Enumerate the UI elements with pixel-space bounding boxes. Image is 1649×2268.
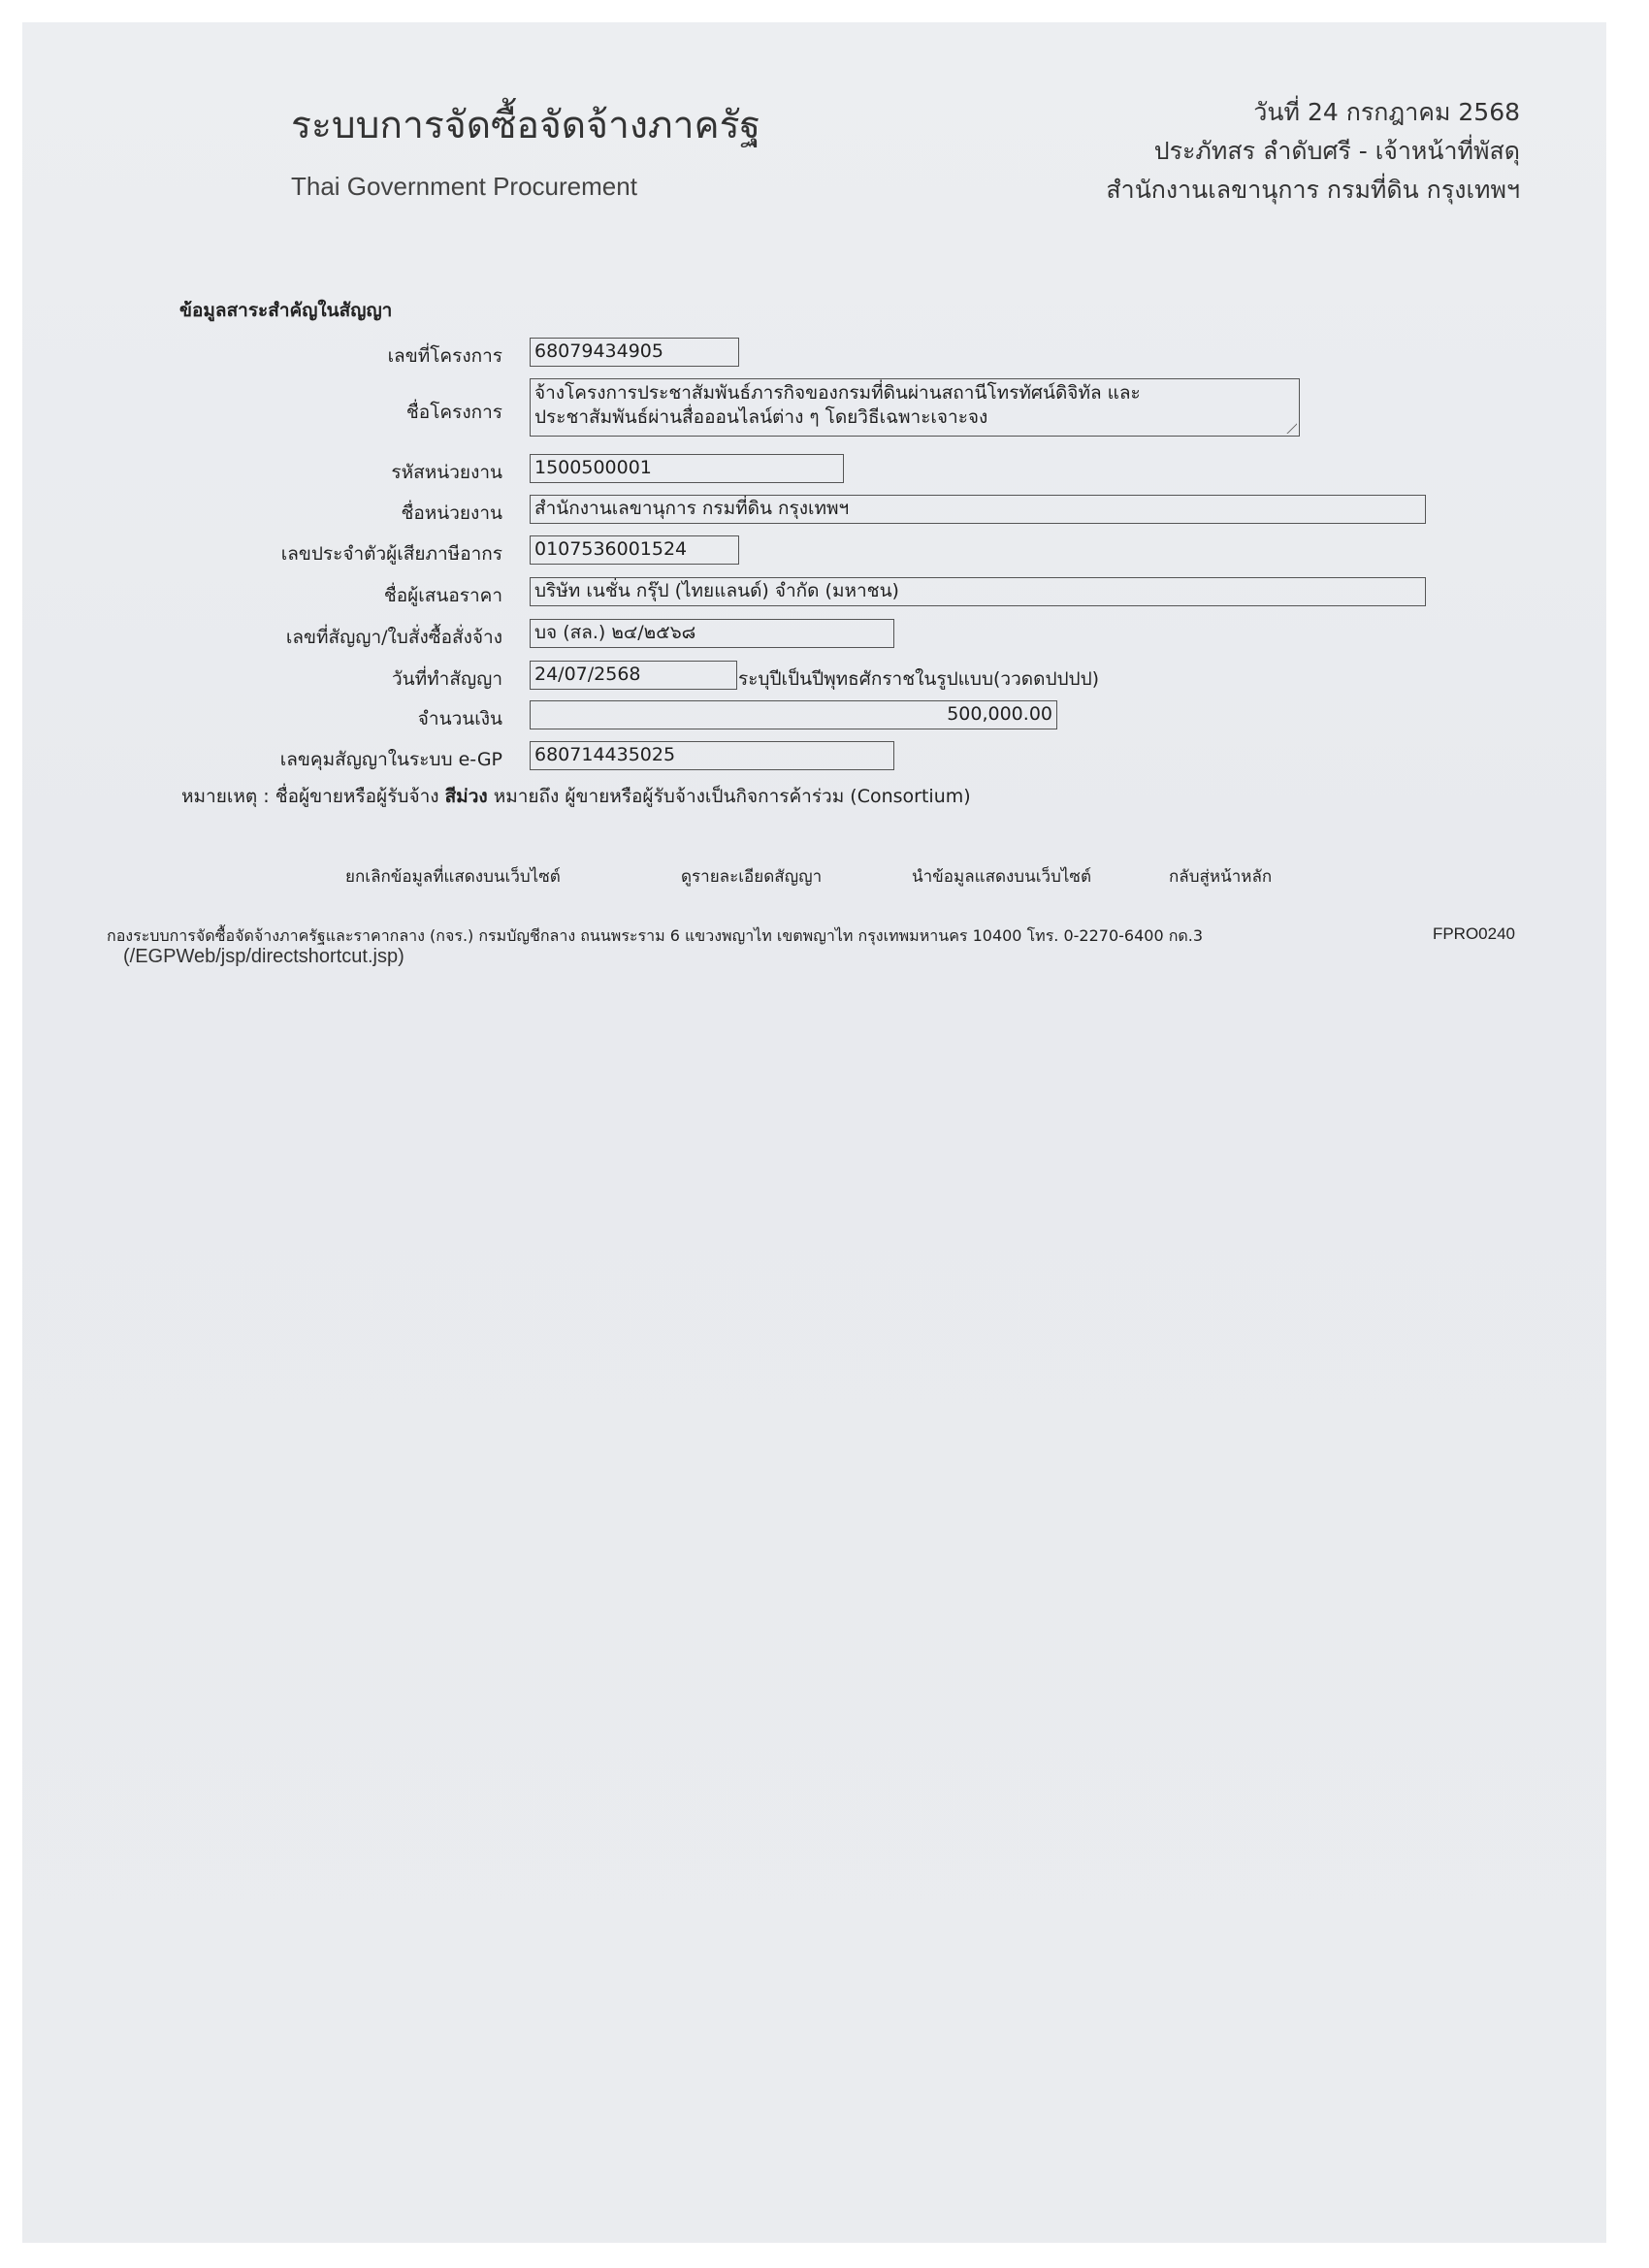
tax-id-field[interactable]: 0107536001524: [530, 535, 739, 565]
project-name-line-1: จ้างโครงการประชาสัมพันธ์ภารกิจของกรมที่ด…: [534, 381, 1295, 405]
agency-name-field[interactable]: สำนักงานเลขานุการ กรมที่ดิน กรุงเทพฯ: [530, 495, 1426, 524]
date-format-hint: ระบุปีเป็นปีพุทธศักราชในรูปแบบ(ววดดปปปป): [738, 664, 1099, 694]
cancel-web-display-link[interactable]: ยกเลิกข้อมูลที่แสดงบนเว็บไซต์: [345, 863, 561, 890]
paper-page: [22, 22, 1606, 2243]
egp-control-number-field[interactable]: 680714435025: [530, 741, 894, 770]
header-user: ประภัทสร ลำดับศรี - เจ้าหน้าที่พัสดุ: [1154, 132, 1520, 171]
header-date: วันที่ 24 กรกฎาคม 2568: [1253, 93, 1520, 132]
label-project-number: เลขที่โครงการ: [388, 341, 502, 371]
project-name-line-2: ประชาสัมพันธ์ผ่านสื่อออนไลน์ต่าง ๆ โดยวิ…: [534, 405, 1295, 430]
header-agency: สำนักงานเลขานุการ กรมที่ดิน กรุงเทพฯ: [1106, 171, 1520, 210]
label-project-name: ชื่อโครงการ: [406, 398, 502, 427]
note-highlight: สีม่วง: [445, 786, 488, 807]
note-prefix: หมายเหตุ : ชื่อผู้ขายหรือผู้รับจ้าง: [181, 786, 445, 807]
agency-code-field[interactable]: 1500500001: [530, 454, 844, 483]
label-egp-control-number: เลขคุมสัญญาในระบบ e-GP: [280, 745, 502, 774]
system-title-th: ระบบการจัดซื้อจัดจ้างภาครัฐ: [291, 95, 760, 155]
amount-field[interactable]: 500,000.00: [530, 700, 1057, 729]
consortium-note: หมายเหตุ : ชื่อผู้ขายหรือผู้รับจ้าง สีม่…: [181, 782, 971, 811]
label-amount: จำนวนเงิน: [418, 704, 502, 733]
back-to-home-link[interactable]: กลับสู่หน้าหลัก: [1169, 863, 1272, 890]
contract-date-field[interactable]: 24/07/2568: [530, 661, 737, 690]
project-name-textarea[interactable]: จ้างโครงการประชาสัมพันธ์ภารกิจของกรมที่ด…: [530, 378, 1300, 437]
publish-to-web-link[interactable]: นำข้อมูลแสดงบนเว็บไซต์: [912, 863, 1091, 890]
label-contract-date: วันที่ทำสัญญา: [392, 664, 502, 694]
label-bidder-name: ชื่อผู้เสนอราคา: [384, 581, 502, 610]
label-contract-number: เลขที่สัญญา/ใบสั่งซื้อสั่งจ้าง: [286, 623, 502, 652]
footer-path: (/EGPWeb/jsp/directshortcut.jsp): [123, 946, 404, 968]
resize-handle-icon[interactable]: [1285, 422, 1297, 434]
label-tax-id: เลขประจำตัวผู้เสียภาษีอากร: [281, 539, 502, 568]
system-title-en: Thai Government Procurement: [291, 172, 637, 202]
note-suffix: หมายถึง ผู้ขายหรือผู้รับจ้างเป็นกิจการค้…: [488, 786, 971, 807]
contract-number-field[interactable]: บจ (สล.) ๒๔/๒๕๖๘: [530, 619, 894, 648]
section-title: ข้อมูลสาระสำคัญในสัญญา: [179, 296, 392, 325]
bidder-name-field[interactable]: บริษัท เนชั่น กรุ๊ป (ไทยแลนด์) จำกัด (มห…: [530, 577, 1426, 606]
view-contract-details-link[interactable]: ดูรายละเอียดสัญญา: [681, 863, 822, 890]
label-agency-code: รหัสหน่วยงาน: [391, 458, 502, 487]
project-number-field[interactable]: 68079434905: [530, 338, 739, 367]
label-agency-name: ชื่อหน่วยงาน: [401, 499, 502, 528]
page-code: FPRO0240: [1433, 924, 1515, 944]
